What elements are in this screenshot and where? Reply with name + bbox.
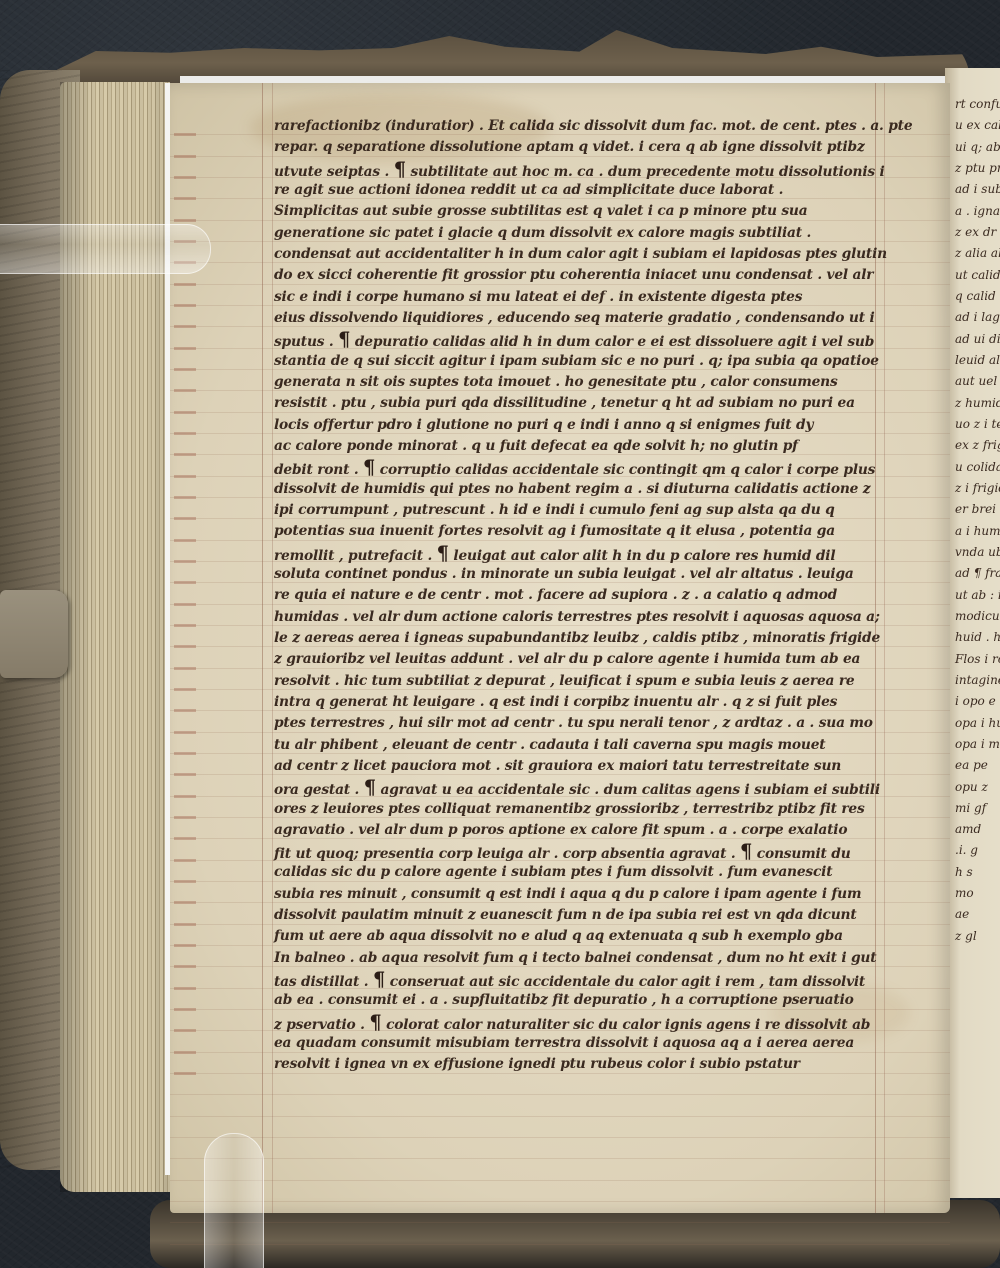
left-margin-ruling-inner (272, 83, 273, 1213)
manuscript-line: soluta continet pondus . in minorate un … (274, 564, 934, 585)
manuscript-line: re agit sue actioni idonea reddit ut ca … (274, 180, 934, 201)
paragraph-mark-icon: ¶ (363, 455, 375, 479)
pricking-mark (174, 667, 196, 670)
manuscript-line: locis offertur pdro i glutione no puri q… (274, 415, 934, 436)
left-margin-ruling (262, 83, 263, 1213)
manuscript-line: generata n sit ois suptes tota imouet . … (274, 372, 934, 393)
ruling-line (170, 1180, 950, 1181)
pricking-mark (174, 816, 196, 819)
manuscript-line: ora gestat . ¶ agravat u ea accidentale … (274, 777, 934, 798)
pricking-mark (174, 1051, 196, 1054)
manuscript-line: utvute seiptas . ¶ subtilitate aut hoc m… (274, 159, 934, 180)
manuscript-line: condensat aut accidentaliter h in dum ca… (274, 244, 934, 265)
paragraph-mark-icon: ¶ (364, 775, 376, 799)
pricking-mark (174, 624, 196, 627)
manuscript-line: remollit , putrefacit . ¶ leuigat aut ca… (274, 543, 934, 564)
manuscript-line: stantia de q sui siccit agitur i ipam su… (274, 351, 934, 372)
manuscript-line: rarefactionibz (induratior) . Et calida … (274, 116, 934, 137)
pricking-mark (174, 368, 196, 371)
manuscript-line: In balneo . ab aqua resolvit fum q i tec… (274, 948, 934, 969)
pricking-mark (174, 1072, 196, 1075)
pricking-mark (174, 389, 196, 392)
manuscript-line: intra q generat ht leuigare . q est indi… (274, 692, 934, 713)
pricking-mark (174, 965, 196, 968)
manuscript-line: generatione sic patet i glacie q dum dis… (274, 223, 934, 244)
paragraph-mark-icon: ¶ (437, 541, 449, 565)
manuscript-line: ores z leuiores ptes colliquat remanenti… (274, 799, 934, 820)
pricking-mark (174, 944, 196, 947)
pricking-mark (174, 581, 196, 584)
pricking-mark (174, 880, 196, 883)
paragraph-mark-icon: ¶ (373, 967, 385, 991)
manuscript-line: dissolvit paulatim minuit z euanescit fu… (274, 905, 934, 926)
manuscript-line: humidas . vel alr dum actione caloris te… (274, 607, 934, 628)
pricking-mark (174, 603, 196, 606)
manuscript-line: resolvit . hic tum subtiliat z depurat ,… (274, 671, 934, 692)
paragraph-mark-icon: ¶ (338, 327, 350, 351)
pricking-mark (174, 773, 196, 776)
pricking-mark (174, 304, 196, 307)
facing-page-line: rt confundit vel a (945, 94, 1000, 115)
ruling-line (170, 1137, 950, 1138)
manuscript-line: le z aereas aerea i igneas supabundantib… (274, 628, 934, 649)
ruling-line (170, 1244, 950, 1245)
pricking-mark (174, 475, 196, 478)
ruling-line (170, 1094, 950, 1095)
pricking-mark (174, 496, 196, 499)
pricking-mark (174, 752, 196, 755)
pricking-mark (174, 1008, 196, 1011)
pricking-mark (174, 859, 196, 862)
ruling-line (170, 1222, 950, 1223)
pricking-mark (174, 411, 196, 414)
ruling-line (170, 1116, 950, 1117)
ruling-line (170, 1158, 950, 1159)
pricking-mark (174, 987, 196, 990)
manuscript-line: sputus . ¶ depuratio calidas alid h in d… (274, 329, 934, 350)
manuscript-line: z grauioribz vel leuitas addunt . vel al… (274, 649, 934, 670)
manuscript-line: resistit . ptu , subia puri qda dissilit… (274, 393, 934, 414)
manuscript-line: agravatio . vel alr dum p poros aptione … (274, 820, 934, 841)
pricking-mark (174, 645, 196, 648)
ruling-line (170, 1201, 950, 1202)
manuscript-line: ad centr z licet pauciora mot . sit grau… (274, 756, 934, 777)
pricking-mark (174, 923, 196, 926)
pricking-mark (174, 560, 196, 563)
pricking-mark (174, 347, 196, 350)
paragraph-mark-icon: ¶ (740, 839, 752, 863)
manuscript-line: resolvit i ignea vn ex effusione ignedi … (274, 1054, 934, 1075)
manuscript-line: ptes terrestres , hui silr mot ad centr … (274, 713, 934, 734)
pricking-mark (174, 688, 196, 691)
pricking-mark (174, 325, 196, 328)
manuscript-line: eius dissolvendo liquidiores , educendo … (274, 308, 934, 329)
pricking-mark (174, 283, 196, 286)
manuscript-line: ab ea . consumit ei . a . supfluitatibz … (274, 990, 934, 1011)
manuscript-line: do ex sicci coherentie fit grossior ptu … (274, 265, 934, 286)
manuscript-line: potentias sua inuenit fortes resolvit ag… (274, 521, 934, 542)
manuscript-line: ea quadam consumit misubiam terrestra di… (274, 1033, 934, 1054)
manuscript-line: tu alr phibent , eleuant de centr . cada… (274, 735, 934, 756)
leather-clasp-strap (0, 590, 68, 678)
manuscript-line: repar. q separatione dissolutione aptam … (274, 137, 934, 158)
manuscript-text-block: rarefactionibz (induratior) . Et calida … (274, 116, 954, 1076)
manuscript-line: debit ront . ¶ corruptio calidas acciden… (274, 457, 934, 478)
pricking-mark (174, 709, 196, 712)
manuscript-line: dissolvit de humidis qui ptes no habent … (274, 479, 934, 500)
paragraph-mark-icon: ¶ (394, 157, 406, 181)
pricking-mark (174, 133, 196, 136)
pricking-mark (174, 197, 196, 200)
pricking-mark (174, 1029, 196, 1032)
manuscript-line: tas distillat . ¶ conseruat aut sic acci… (274, 969, 934, 990)
pricking-mark (174, 453, 196, 456)
manuscript-line: fum ut aere ab aqua dissolvit no e alud … (274, 926, 934, 947)
manuscript-line: Simplicitas aut subie grosse subtilitas … (274, 201, 934, 222)
manuscript-line: z pservatio . ¶ colorat calor naturalite… (274, 1012, 934, 1033)
manuscript-page: rarefactionibz (induratior) . Et calida … (170, 83, 950, 1213)
pricking-mark (174, 795, 196, 798)
manuscript-line: sic e indi i corpe humano si mu lateat e… (274, 287, 934, 308)
pricking-mark (174, 517, 196, 520)
manuscript-line: subia res minuit , consumit q est indi i… (274, 884, 934, 905)
manuscript-line: calidas sic du p calore agente i subiam … (274, 862, 934, 883)
pricking-mark (174, 176, 196, 179)
manuscript-line: ipi corrumpunt , putrescunt . h id e ind… (274, 500, 934, 521)
manuscript-line: fit ut quoq; presentia corp leuiga alr .… (274, 841, 934, 862)
vertical-clear-page-weight[interactable] (204, 1133, 264, 1268)
pricking-mark (174, 539, 196, 542)
horizontal-clear-page-weight[interactable] (0, 224, 211, 274)
manuscript-line: ac calore ponde minorat . q u fuit defec… (274, 436, 934, 457)
pricking-mark (174, 155, 196, 158)
pricking-mark (174, 731, 196, 734)
paragraph-mark-icon: ¶ (369, 1010, 381, 1034)
pricking-mark (174, 432, 196, 435)
manuscript-line: re quia ei nature e de centr . mot . fac… (274, 585, 934, 606)
pricking-mark (174, 219, 196, 222)
pricking-mark (174, 837, 196, 840)
pricking-mark (174, 901, 196, 904)
